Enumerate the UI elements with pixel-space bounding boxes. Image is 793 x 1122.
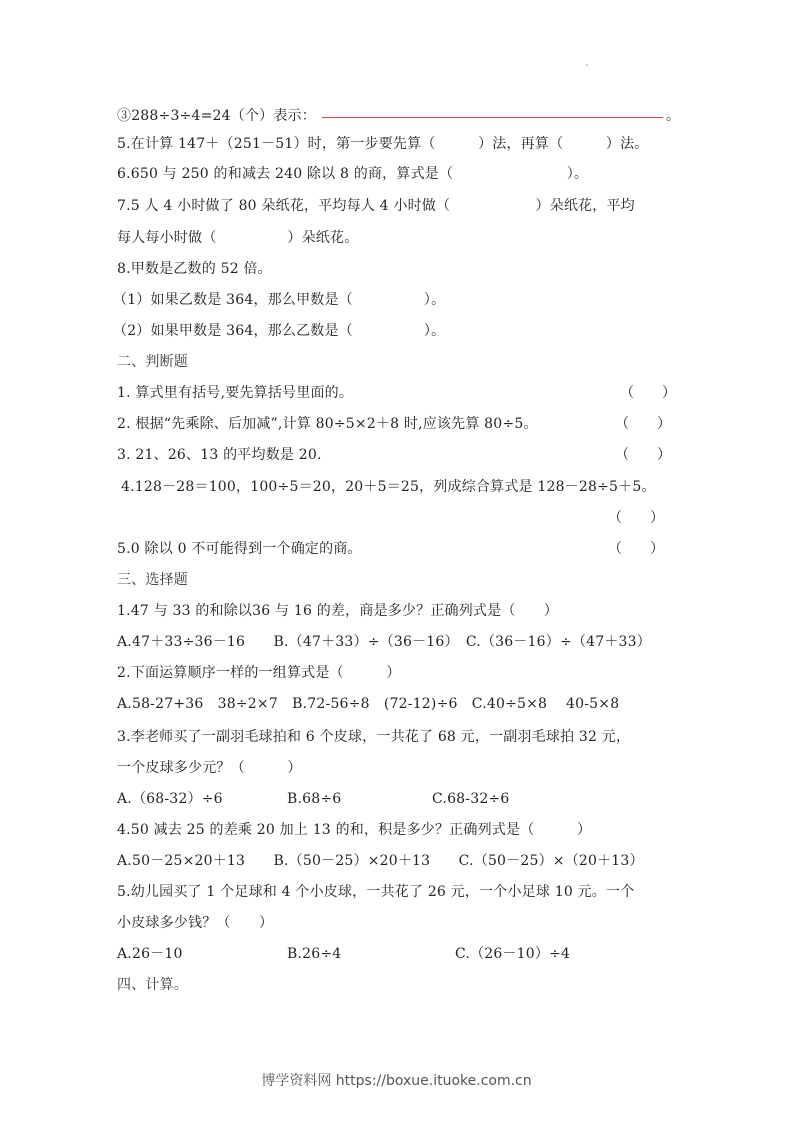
judgement-answer-5[interactable]: （ ） — [608, 539, 664, 559]
choice-question-3-line2: 一个皮球多少元？（ ） — [117, 758, 302, 778]
choice-options-1: A.47＋33÷36－16 B.（47＋33）÷（36－16） C.（36－16… — [117, 632, 651, 652]
choice-question-5-line1: 5.幼儿园买了 1 个足球和 4 个小皮球，一共花了 26 元，一个小足球 10… — [117, 882, 634, 902]
question-fill-7-line1: 7.5 人 4 小时做了 80 朵纸花，平均每人 4 小时做（ ）朵纸花，平均 — [117, 196, 635, 216]
question-fill-5: 5.在计算 147＋（251－51）时，第一步要先算（ ）法，再算（ ）法。 — [117, 134, 648, 154]
judgement-item-2: 2. 根据“先乘除、后加减”,计算 80÷5×2＋8 时,应该先算 80÷5。 — [117, 414, 538, 434]
fill-item-3c-label: ③288÷3÷4=24（个）表示： — [117, 106, 316, 126]
judgement-item-5: 5.0 除以 0 不可能得到一个确定的商。 — [117, 539, 362, 559]
scan-dot — [586, 64, 588, 66]
judgement-answer-1[interactable]: （ ） — [620, 383, 676, 403]
question-fill-6: 6.650 与 250 的和减去 240 除以 8 的商，算式是（ ）。 — [117, 164, 588, 184]
choice-option-3b: B.68÷6 — [287, 789, 341, 809]
footer-watermark: 博学资料网 https://boxue.ituoke.com.cn — [0, 1070, 793, 1090]
judgement-item-4: 4.128－28＝100，100÷5＝20，20＋5＝25，列成综合算式是 12… — [121, 477, 656, 497]
section-heading-choice: 三、选择题 — [117, 570, 188, 590]
fill-item-3c-end: 。 — [666, 106, 680, 126]
question-fill-8-1: （1）如果乙数是 364，那么甲数是（ ）。 — [113, 290, 445, 310]
choice-options-2: A.58-27+36 38÷2×7 B.72-56÷8 (72-12)÷6 C.… — [117, 694, 619, 714]
choice-question-5-line2: 小皮球多少钱？（ ） — [117, 913, 273, 933]
judgement-item-1: 1. 算式里有括号,要先算括号里面的。 — [117, 383, 353, 403]
choice-options-4: A.50－25×20＋13 B.（50－25）×20＋13 C.（50－25）×… — [117, 851, 644, 871]
answer-underline[interactable] — [322, 117, 663, 118]
choice-option-5c: C.（26－10）÷4 — [455, 944, 570, 964]
section-heading-judgement: 二、判断题 — [117, 352, 188, 372]
judgement-item-3: 3. 21、26、13 的平均数是 20. — [117, 445, 322, 465]
judgement-answer-2[interactable]: （ ） — [615, 414, 671, 434]
judgement-answer-3[interactable]: （ ） — [615, 445, 671, 465]
judgement-answer-4[interactable]: （ ） — [608, 508, 664, 528]
choice-option-3a: A.（68-32）÷6 — [117, 789, 223, 809]
choice-option-5a: A.26－10 — [117, 944, 183, 964]
choice-question-2: 2.下面运算顺序一样的一组算式是（ ） — [117, 663, 401, 683]
question-fill-7-line2: 每人每小时做（ ）朵纸花。 — [117, 228, 358, 248]
choice-question-3-line1: 3.李老师买了一副羽毛球拍和 6 个皮球，一共花了 68 元，一副羽毛球拍 32… — [117, 727, 630, 747]
choice-option-3c: C.68-32÷6 — [432, 789, 509, 809]
section-heading-calc: 四、计算。 — [117, 975, 188, 995]
question-fill-8: 8.甲数是乙数的 52 倍。 — [117, 259, 272, 279]
choice-question-4: 4.50 减去 25 的差乘 20 加上 13 的和，积是多少？正确列式是（ ） — [117, 820, 591, 840]
choice-option-5b: B.26÷4 — [287, 944, 341, 964]
choice-question-1: 1.47 与 33 的和除以36 与 16 的差，商是多少？正确列式是（ ） — [117, 601, 558, 621]
question-fill-8-2: （2）如果甲数是 364，那么乙数是（ ）。 — [113, 321, 445, 341]
